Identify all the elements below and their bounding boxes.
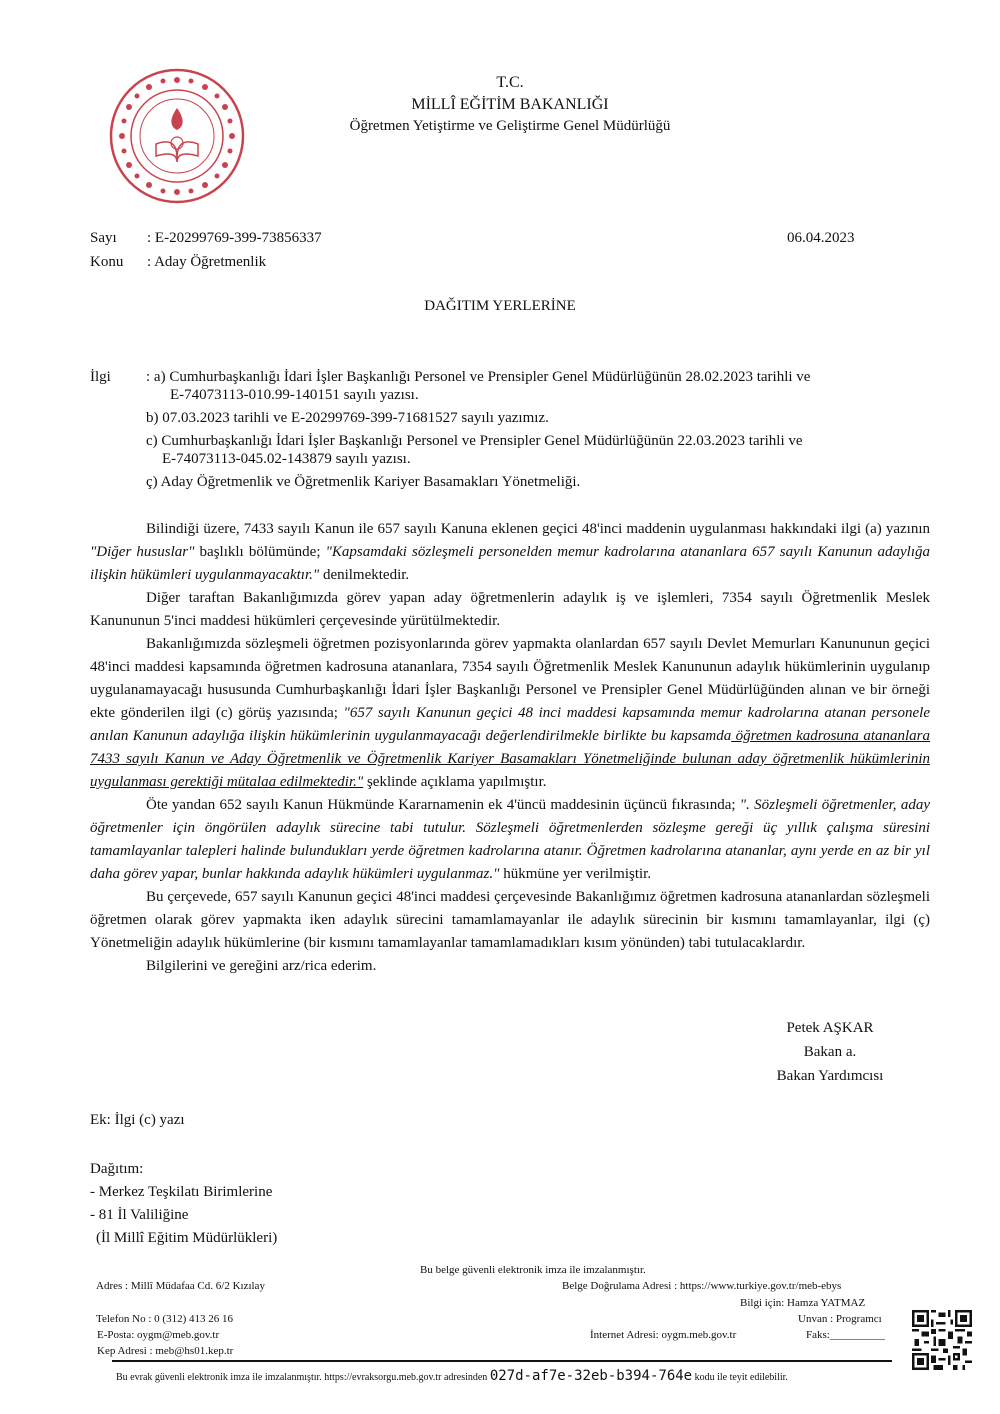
ilgi-label: İlgi — [90, 368, 111, 386]
footer-email[interactable]: E-Posta: oygm@meb.gov.tr — [97, 1329, 219, 1341]
footer-kep[interactable]: Kep Adresi : meb@hs01.kep.tr — [97, 1345, 233, 1357]
ilgi-item-cc: ç) Aday Öğretmenlik ve Öğretmenlik Kariy… — [90, 473, 930, 491]
signature-block: Petek AŞKAR Bakan a. Bakan Yardımcısı — [740, 1016, 920, 1088]
header-directorate: Öğretmen Yetiştirme ve Geliştirme Genel … — [300, 118, 720, 135]
paragraph-2: Diğer taraftan Bakanlığımızda görev yapa… — [90, 587, 930, 633]
konu-value: : Aday Öğretmenlik — [147, 254, 266, 271]
paragraph-1: Bilindiği üzere, 7433 sayılı Kanun ile 6… — [90, 518, 930, 587]
document-date: 06.04.2023 — [787, 230, 855, 247]
ilgi-item-text: ç) Aday Öğretmenlik ve Öğretmenlik Kariy… — [146, 473, 930, 491]
distribution-item: - 81 İl Valiliğine — [90, 1204, 277, 1227]
sayi-label: Sayı — [90, 230, 117, 247]
ilgi-item-text: b) 07.03.2023 tarihli ve E-20299769-399-… — [146, 409, 930, 427]
qr-code-icon[interactable] — [912, 1310, 972, 1370]
paragraph-4: Öte yandan 652 sayılı Kanun Hükmünde Kar… — [90, 794, 930, 886]
ilgi-item-text: E-74073113-010.99-140151 sayılı yazısı. — [170, 386, 930, 404]
distribution-label: Dağıtım: — [90, 1158, 277, 1181]
header-ministry: MİLLÎ EĞİTİM BAKANLIĞI — [300, 96, 720, 114]
verification-code[interactable]: 027d-af7e-32eb-b394-764e — [490, 1368, 692, 1384]
sayi-value: : E-20299769-399-73856337 — [147, 230, 322, 247]
distribution-item: - Merkez Teşkilatı Birimlerine — [90, 1181, 277, 1204]
paragraph-3: Bakanlığımızda sözleşmeli öğretmen pozis… — [90, 633, 930, 794]
paragraph-6: Bilgilerini ve gereğini arz/rica ederim. — [90, 955, 930, 978]
ilgi-item-text: c) Cumhurbaşkanlığı İdari İşler Başkanlı… — [146, 432, 930, 450]
addressee-title: DAĞITIM YERLERİNE — [0, 298, 1000, 315]
ilgi-item-text: : a) Cumhurbaşkanlığı İdari İşler Başkan… — [146, 368, 930, 386]
footer-verify-address[interactable]: Belge Doğrulama Adresi : https://www.tur… — [562, 1280, 841, 1292]
ilgi-item-c: c) Cumhurbaşkanlığı İdari İşler Başkanlı… — [90, 432, 930, 468]
distribution-item: (İl Millî Eğitim Müdürlükleri) — [90, 1227, 277, 1250]
footer-divider — [112, 1360, 892, 1362]
ilgi-item-b: b) 07.03.2023 tarihli ve E-20299769-399-… — [90, 409, 930, 427]
ilgi-item-text: E-74073113-045.02-143879 sayılı yazısı. — [162, 450, 930, 468]
signer-title: Bakan Yardımcısı — [740, 1064, 920, 1088]
footer-unvan: Unvan : Programcı — [798, 1313, 882, 1325]
signer-delegation: Bakan a. — [740, 1040, 920, 1064]
footer-address: Adres : Millî Müdafaa Cd. 6/2 Kızılay — [96, 1280, 265, 1292]
verification-line: Bu evrak güvenli elektronik imza ile imz… — [116, 1368, 788, 1384]
footer-phone: Telefon No : 0 (312) 413 26 16 — [96, 1313, 233, 1325]
paragraph-5: Bu çerçevede, 657 sayılı Kanunun geçici … — [90, 886, 930, 955]
header-tc: T.C. — [300, 74, 720, 92]
ilgi-item-a: İlgi : a) Cumhurbaşkanlığı İdari İşler B… — [90, 368, 930, 404]
esign-notice: Bu belge güvenli elektronik imza ile imz… — [420, 1264, 646, 1276]
footer-info: Bilgi için: Hamza YATMAZ — [740, 1297, 865, 1309]
konu-label: Konu — [90, 254, 123, 271]
attachment-note: Ek: İlgi (c) yazı — [90, 1112, 185, 1129]
ilgi-section: İlgi : a) Cumhurbaşkanlığı İdari İşler B… — [90, 368, 930, 496]
signer-name: Petek AŞKAR — [740, 1016, 920, 1040]
footer-fax: Faks:__________ — [806, 1329, 885, 1341]
letter-body: Bilindiği üzere, 7433 sayılı Kanun ile 6… — [90, 518, 930, 978]
distribution-list: Dağıtım: - Merkez Teşkilatı Birimlerine … — [90, 1158, 277, 1250]
ministry-seal-icon — [106, 66, 248, 206]
footer-internet[interactable]: İnternet Adresi: oygm.meb.gov.tr — [590, 1329, 736, 1341]
